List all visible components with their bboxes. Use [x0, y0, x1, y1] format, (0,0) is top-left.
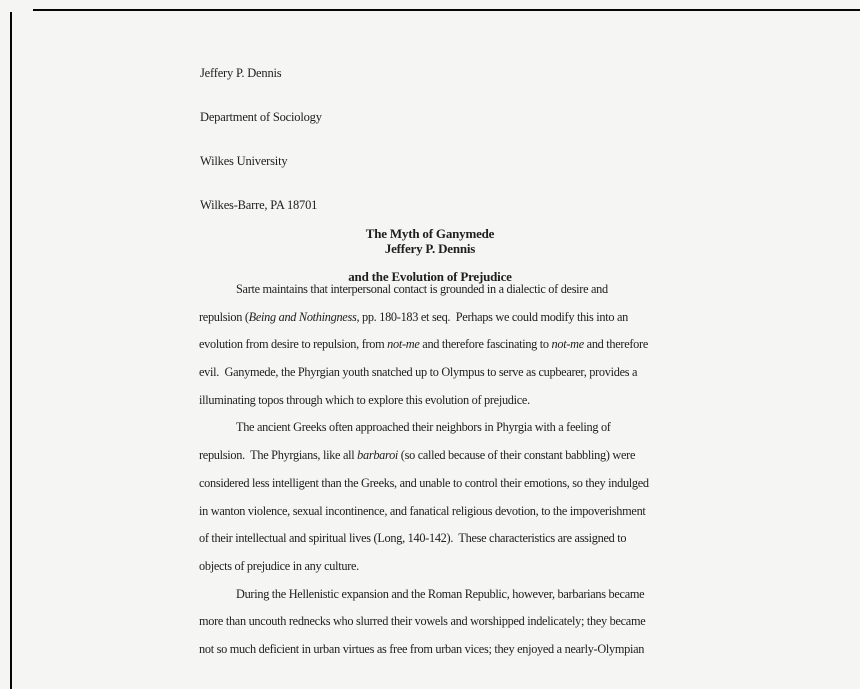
- text-run: in wanton violence, sexual incontinence,…: [199, 504, 646, 518]
- paper-title-line-1: The Myth of Ganymede: [0, 227, 860, 241]
- text-run: and therefore fascinating to: [420, 337, 552, 351]
- body-line: repulsion. The Phyrgians, like all barba…: [199, 442, 649, 470]
- body-line: evolution from desire to repulsion, from…: [199, 331, 649, 359]
- text-run: considered less intelligent than the Gre…: [199, 476, 649, 490]
- scanned-paper-page: { "page": { "background_color": "#f5f5f4…: [0, 0, 860, 689]
- address-line-department: Department of Sociology: [200, 110, 322, 125]
- body-line: Sarte maintains that interpersonal conta…: [199, 276, 649, 304]
- body-line: not so much deficient in urban virtues a…: [199, 636, 649, 664]
- body-line: objects of prejudice in any culture.: [199, 553, 649, 581]
- body-line: During the Hellenistic expansion and the…: [199, 581, 649, 609]
- italic-text-run: Being and Nothingness: [249, 310, 357, 324]
- text-run: of their intellectual and spiritual live…: [199, 531, 626, 545]
- text-run: more than uncouth rednecks who slurred t…: [199, 614, 645, 628]
- body-line: repulsion (Being and Nothingness, pp. 18…: [199, 304, 649, 332]
- body-line: evil. Ganymede, the Phyrgian youth snatc…: [199, 359, 649, 387]
- text-run: evil. Ganymede, the Phyrgian youth snatc…: [199, 365, 637, 379]
- address-line-name: Jeffery P. Dennis: [200, 66, 322, 81]
- paper-byline: Jeffery P. Dennis: [0, 241, 860, 257]
- body-line: illuminating topos through which to expl…: [199, 387, 649, 415]
- text-run: , pp. 180-183 et seq. Perhaps we could m…: [356, 310, 628, 324]
- text-run: illuminating topos through which to expl…: [199, 393, 530, 407]
- scan-edge-left-line: [10, 12, 12, 689]
- scan-edge-top-line: [33, 9, 860, 11]
- body-line: in wanton violence, sexual incontinence,…: [199, 498, 649, 526]
- text-run: repulsion (: [199, 310, 249, 324]
- body-line: considered less intelligent than the Gre…: [199, 470, 649, 498]
- body-line: more than uncouth rednecks who slurred t…: [199, 608, 649, 636]
- text-run: not so much deficient in urban virtues a…: [199, 642, 644, 656]
- body-line: of their intellectual and spiritual live…: [199, 525, 649, 553]
- text-run: During the Hellenistic expansion and the…: [236, 587, 644, 601]
- italic-text-run: not-me: [552, 337, 584, 351]
- text-run: objects of prejudice in any culture.: [199, 559, 359, 573]
- text-run: evolution from desire to repulsion, from: [199, 337, 387, 351]
- text-run: repulsion. The Phyrgians, like all: [199, 448, 357, 462]
- body-line: The ancient Greeks often approached thei…: [199, 414, 649, 442]
- text-run: Sarte maintains that interpersonal conta…: [236, 282, 608, 296]
- italic-text-run: not-me: [387, 337, 419, 351]
- body-text: Sarte maintains that interpersonal conta…: [199, 276, 649, 664]
- address-line-university: Wilkes University: [200, 154, 322, 169]
- text-run: (so called because of their constant bab…: [398, 448, 635, 462]
- text-run: The ancient Greeks often approached thei…: [236, 420, 611, 434]
- italic-text-run: barbaroi: [357, 448, 398, 462]
- text-run: and therefore: [584, 337, 648, 351]
